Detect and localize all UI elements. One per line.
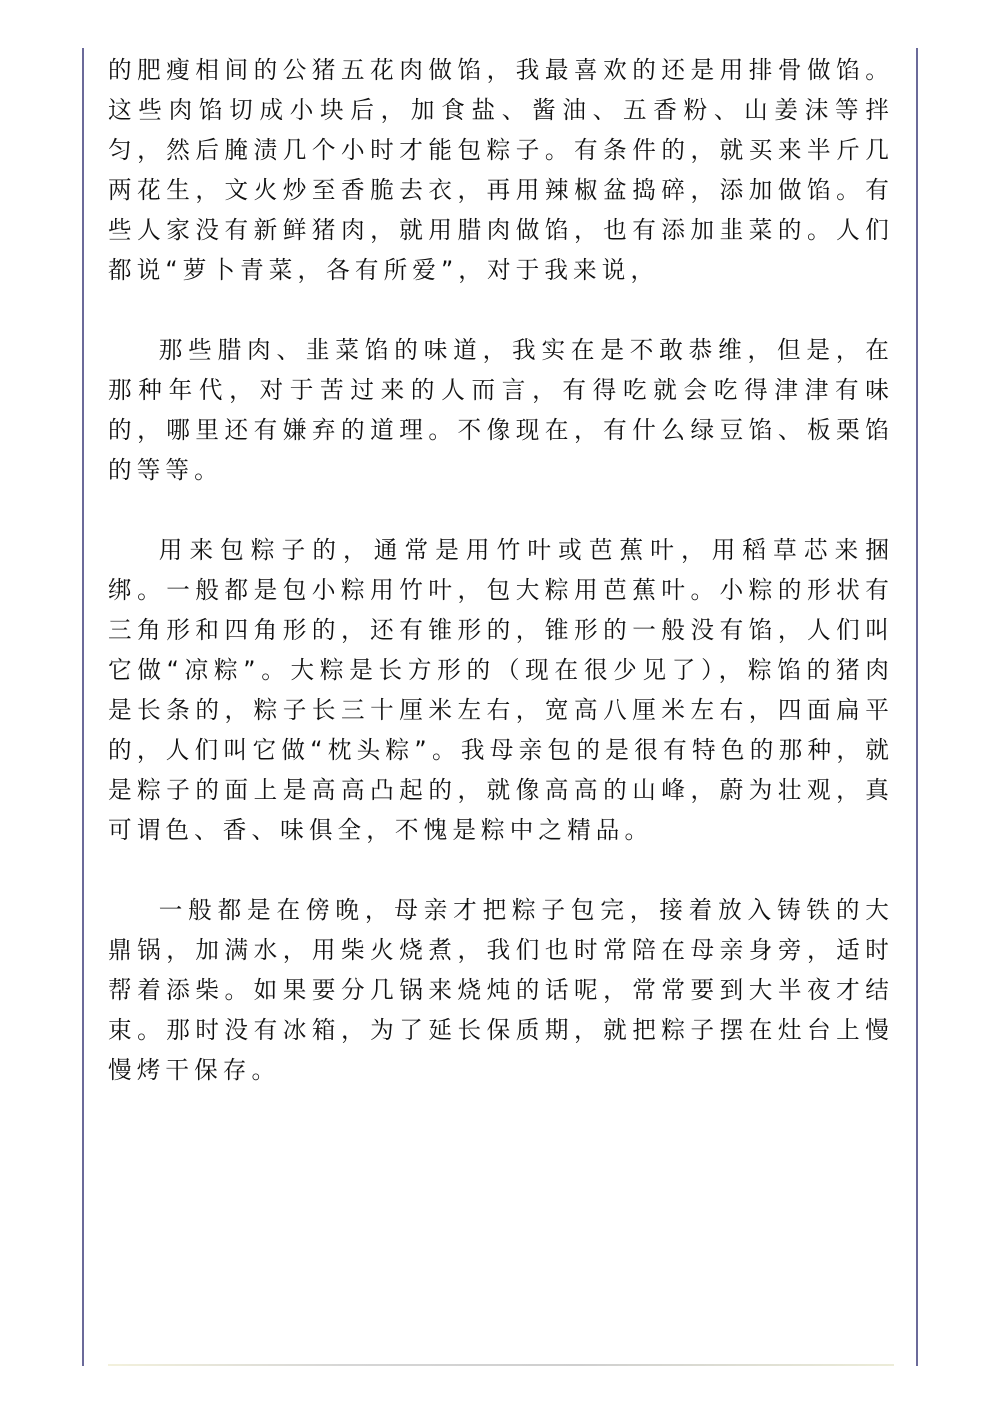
document-body: 的肥瘦相间的公猪五花肉做馅，我最喜欢的还是用排骨做馅。这些肉馅切成小块后，加食盐… bbox=[108, 50, 894, 1090]
page-border-left bbox=[82, 48, 84, 1366]
paragraph-1: 的肥瘦相间的公猪五花肉做馅，我最喜欢的还是用排骨做馅。这些肉馅切成小块后，加食盐… bbox=[108, 50, 894, 290]
page-border-right bbox=[916, 48, 918, 1366]
paragraph-3: 用来包粽子的，通常是用竹叶或芭蕉叶，用稻草芯来捆绑。一般都是包小粽用竹叶，包大粽… bbox=[108, 530, 894, 850]
paragraph-4: 一般都是在傍晚，母亲才把粽子包完，接着放入铸铁的大鼎锅，加满水，用柴火烧煮，我们… bbox=[108, 890, 894, 1090]
paragraph-2: 那些腊肉、韭菜馅的味道，我实在是不敢恭维，但是，在那种年代，对于苦过来的人而言，… bbox=[108, 330, 894, 490]
footer-divider bbox=[108, 1364, 894, 1366]
